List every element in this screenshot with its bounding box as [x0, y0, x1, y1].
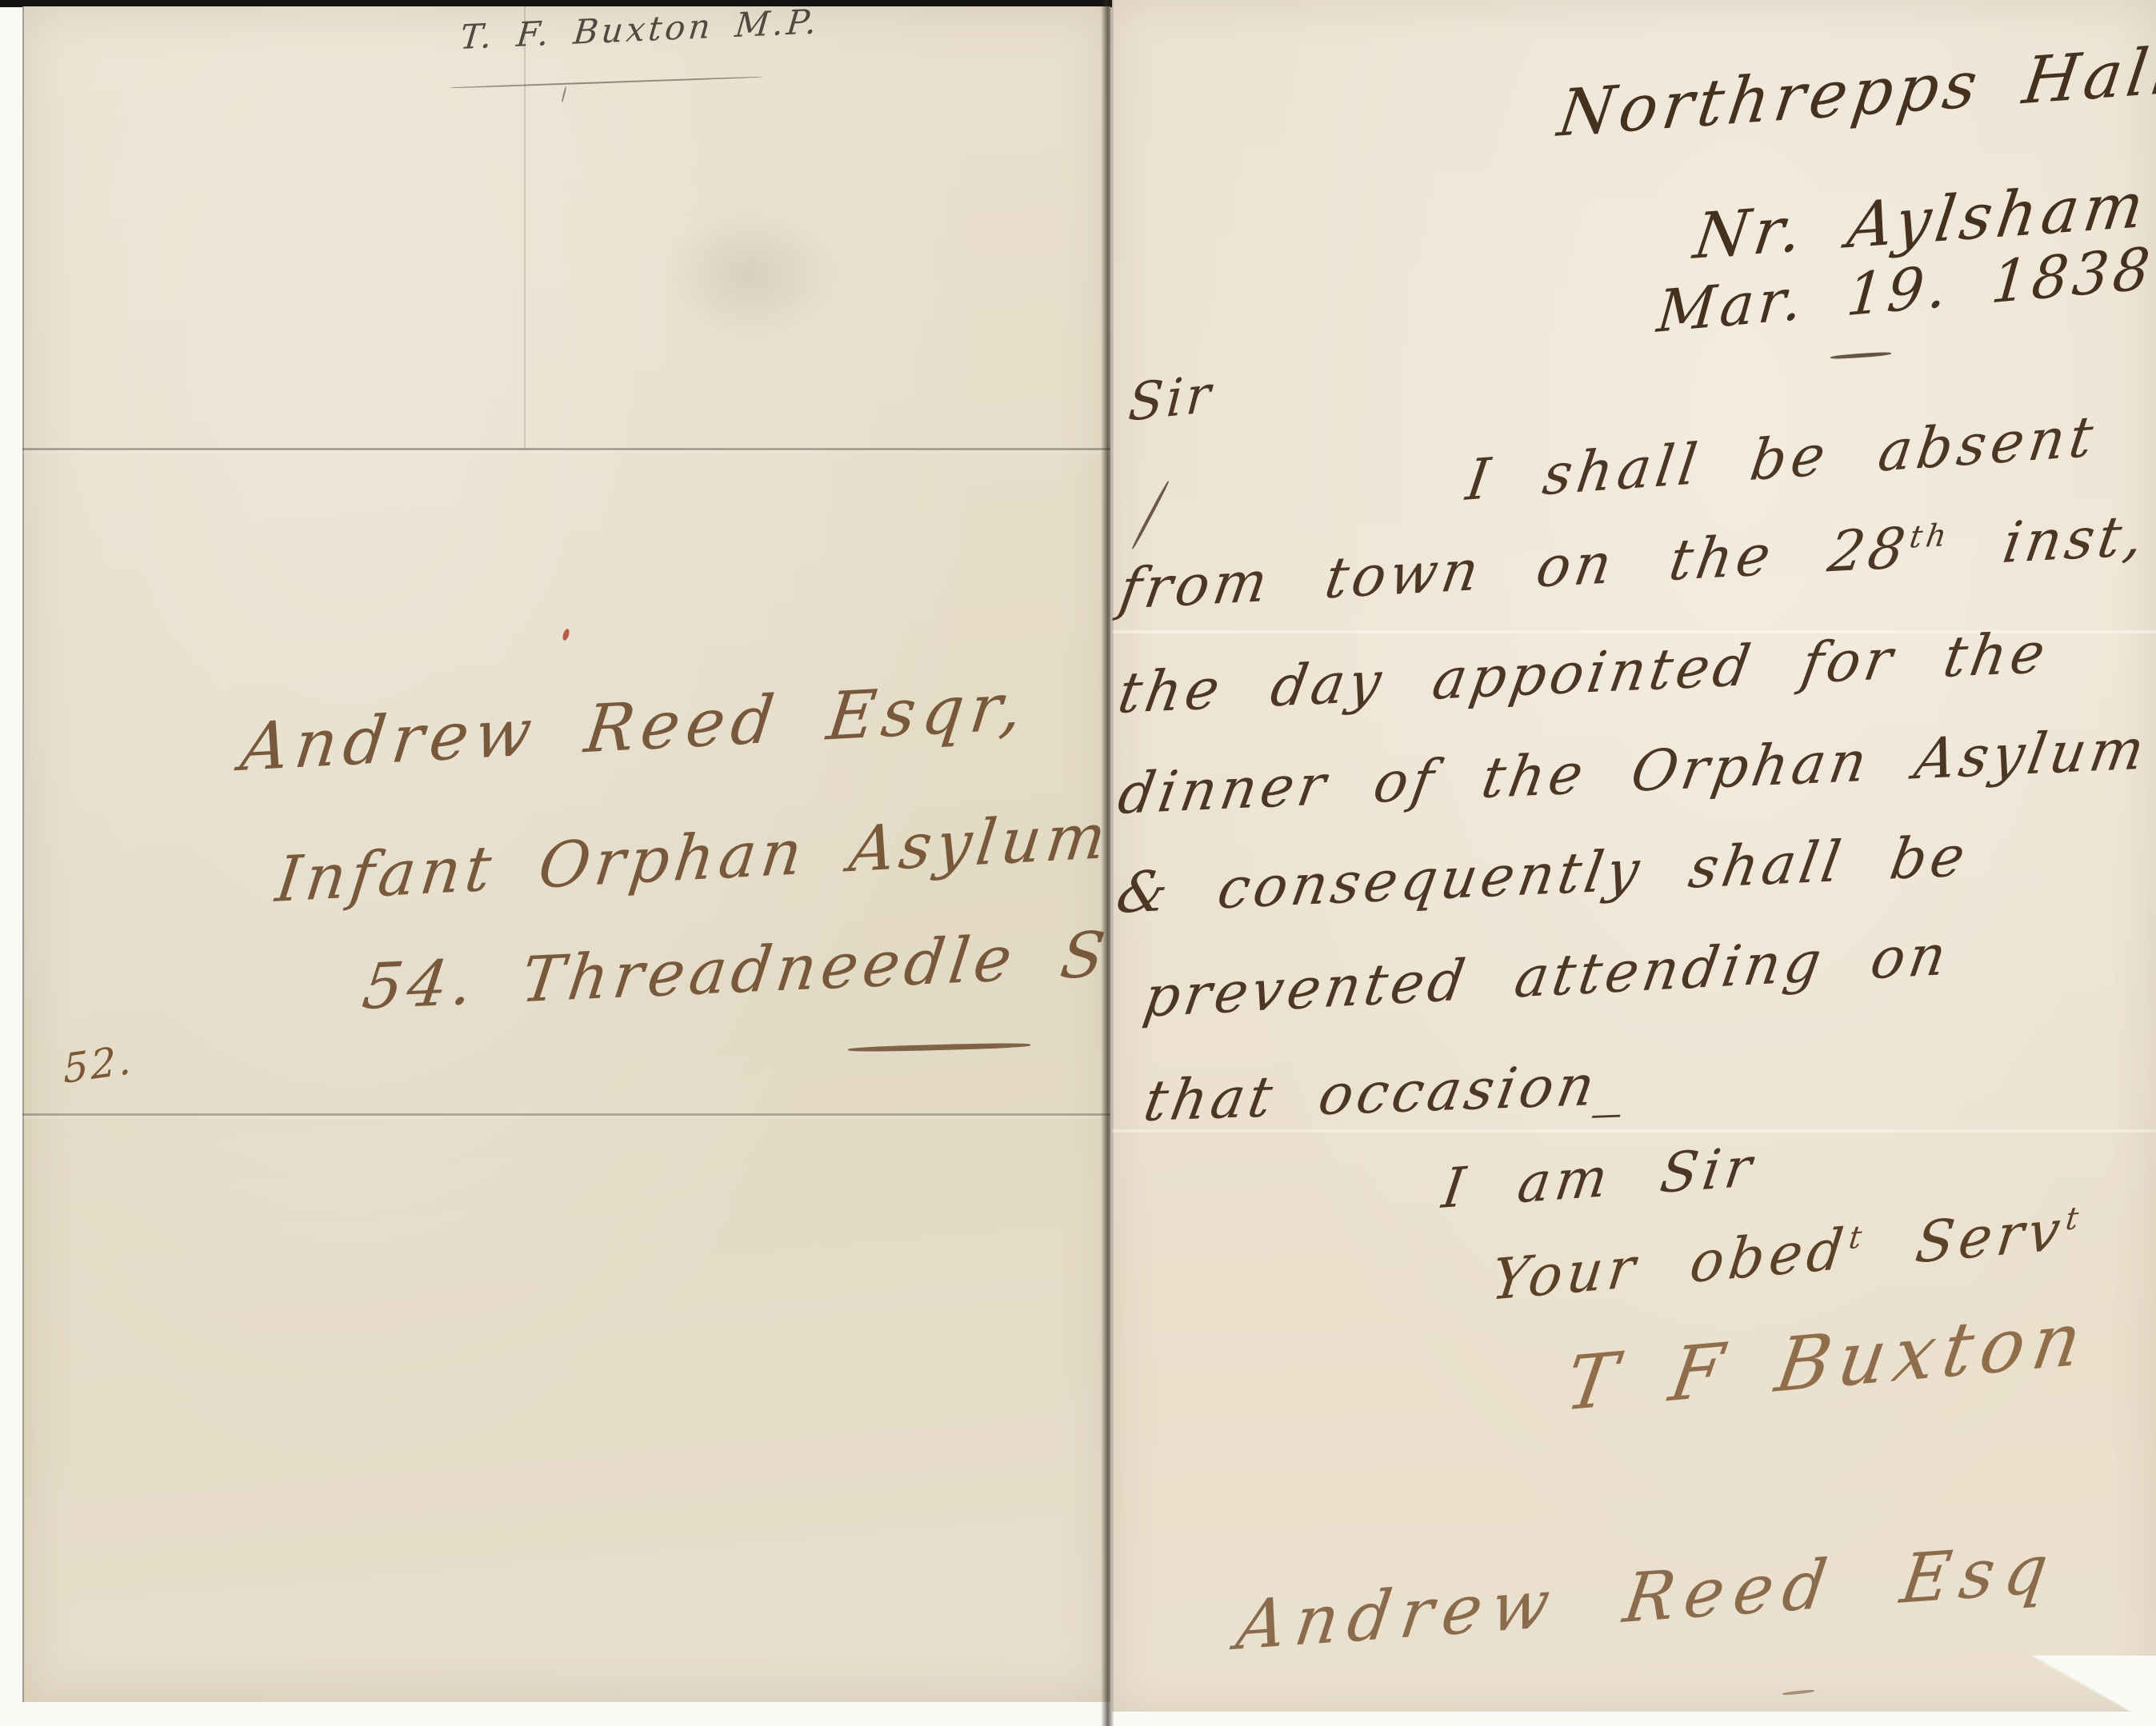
- letter-crease-lower: [1112, 1129, 2156, 1133]
- addressee-underline-tick: [1782, 1689, 1814, 1696]
- closing-line-2-superscript-2: t: [2064, 1200, 2086, 1238]
- signature: T F Buxton: [1560, 1295, 2095, 1428]
- addressee-bottom: Andrew Reed Esq: [1232, 1528, 2062, 1665]
- fold-crease-vertical: [524, 6, 526, 449]
- archival-number: 52.: [62, 1036, 134, 1093]
- body-line-1: I shall be absent: [1462, 403, 2102, 513]
- body-line-5: & consequently shall be: [1112, 823, 1974, 926]
- closing-line-1: I am Sir: [1438, 1136, 1760, 1221]
- closing-line-2: Your obedt Servt: [1488, 1195, 2086, 1313]
- annotation-underline: [450, 76, 762, 89]
- body-line-7: that occasion_: [1139, 1051, 1635, 1134]
- date-underline-stroke: [1830, 351, 1891, 359]
- address-line-2: Infant Orphan Asylum: [272, 801, 1110, 917]
- smudge-mark: [662, 206, 838, 342]
- fold-crease-horizontal-lower: [22, 1113, 1110, 1116]
- red-ink-fleck: [562, 628, 570, 641]
- body-line-6: prevented attending on: [1139, 921, 1954, 1030]
- fold-crease-horizontal-upper: [22, 448, 1110, 450]
- salutation-flourish: [1131, 481, 1170, 550]
- annotation-text: T. F. Buxton M.P.: [458, 6, 822, 57]
- body-line-2-superscript: th: [1907, 517, 1953, 556]
- body-line-3: the day appointed for the: [1114, 620, 2054, 726]
- body-line-2-pre: from town on the 28: [1115, 515, 1914, 622]
- closing-line-2-mid: Serv: [1861, 1197, 2069, 1281]
- address-line-1: Andrew Reed Esqr,: [237, 669, 1033, 786]
- address-page: T. F. Buxton M.P. Andrew Reed Esqr, Infa…: [22, 6, 1110, 1702]
- address-line-3: 54. Threadneedle St.: [358, 917, 1110, 1024]
- salutation: Sir: [1126, 365, 1216, 433]
- address-underline-stroke: [848, 1042, 1030, 1053]
- page-fold-gap: [1101, 0, 1114, 1726]
- letter-scan: T. F. Buxton M.P. Andrew Reed Esqr, Infa…: [0, 0, 2156, 1726]
- letter-page: Northrepps Hall Nr. Aylsham Mar. 19. 183…: [1112, 0, 2156, 1712]
- closing-line-2-pre: Your obed: [1488, 1216, 1852, 1313]
- heading-place-line1: Northrepps Hall: [1554, 33, 2156, 151]
- body-line-4: dinner of the Orphan Asylum: [1114, 716, 2153, 827]
- body-line-2: from town on the 28th inst,: [1115, 502, 2152, 622]
- body-line-2-post: inst,: [1943, 502, 2152, 579]
- annotation-tick: [562, 86, 567, 102]
